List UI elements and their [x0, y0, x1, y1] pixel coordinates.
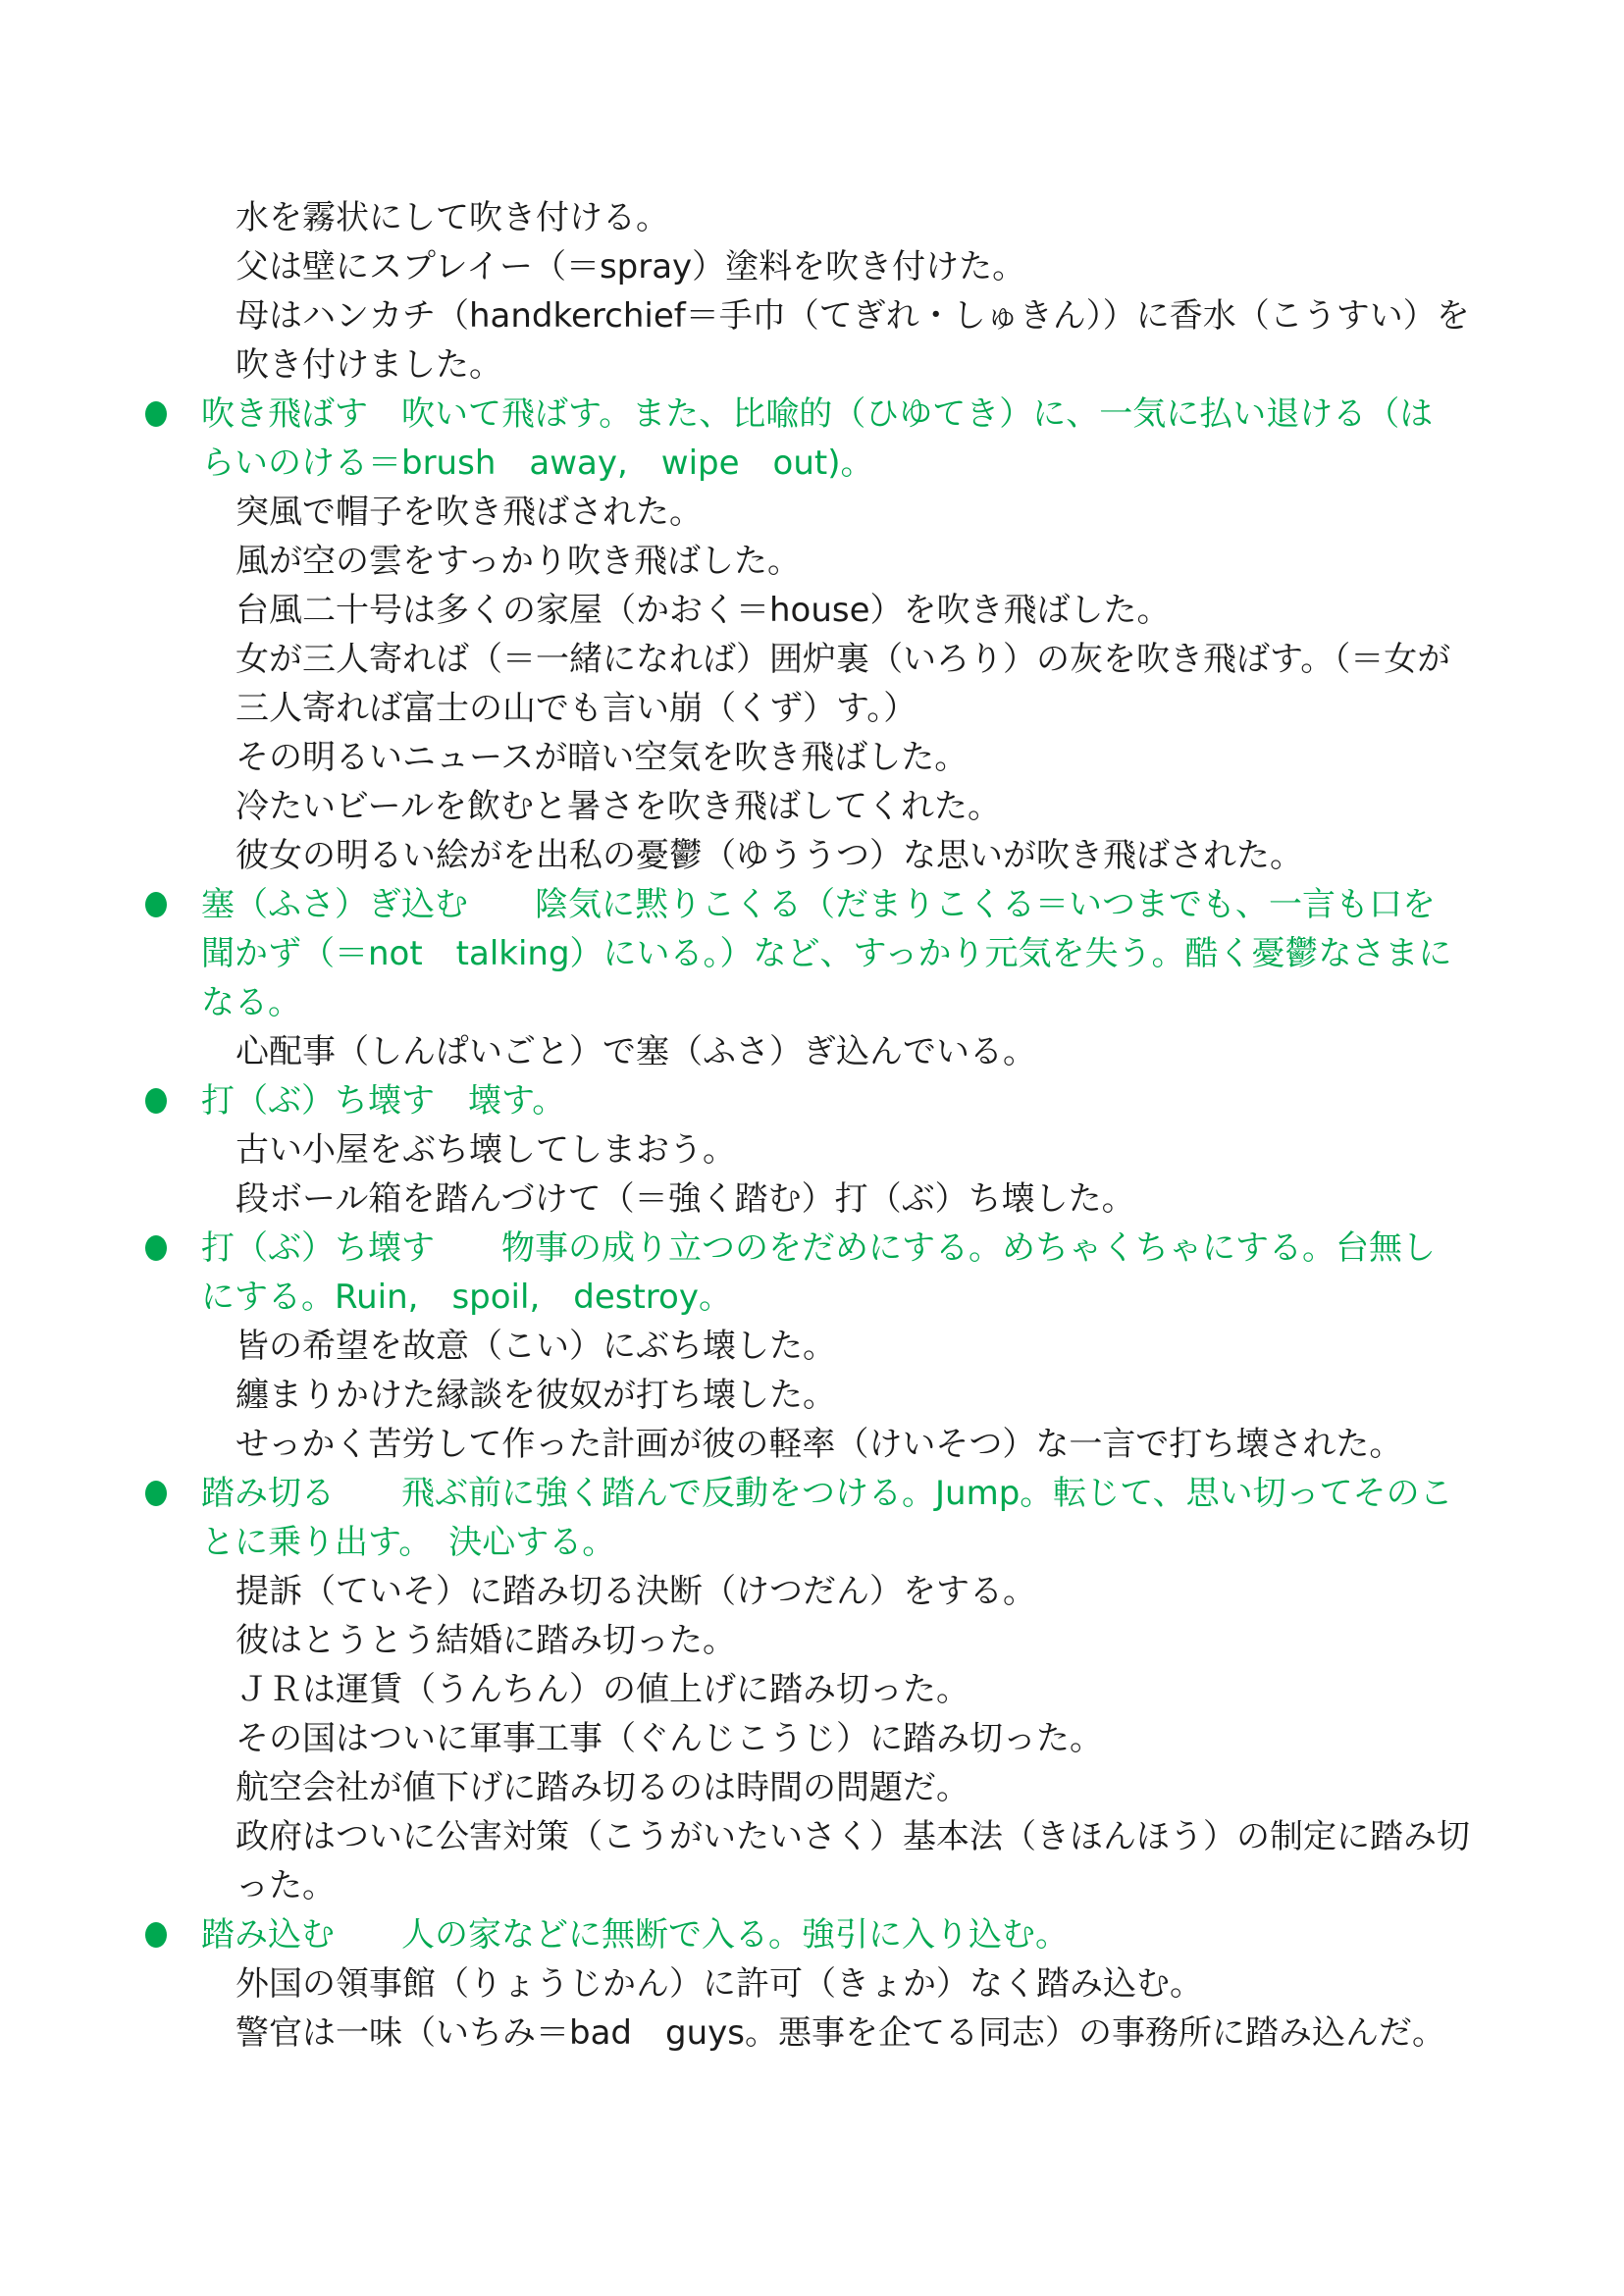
entry-term: 塞（ふさ）ぎ込む	[201, 885, 468, 924]
example-sentence: その国はついに軍事工事（ぐんじこうじ）に踏み切った。	[236, 1714, 1482, 1763]
entry-headword-line: 打（ぶ）ち壊す 壊す。	[201, 1076, 1457, 1125]
bullet-icon	[145, 892, 167, 917]
bullet-icon	[145, 1088, 167, 1114]
example-sentence: 古い小屋をぶち壊してしまおう。	[236, 1125, 1482, 1174]
example-sentence: 政府はついに公害対策（こうがいたいさく）基本法（きほんほう）の制定に踏み切った。	[236, 1812, 1482, 1910]
example-sentence: 台風二十号は多くの家屋（かおく＝house）を吹き飛ばした。	[236, 586, 1482, 635]
example-sentence: 警官は一味（いちみ＝bad guys。悪事を企てる同志）の事務所に踏み込んだ。	[236, 2009, 1482, 2058]
example-sentence: ＪＲは運賃（うんちん）の値上げに踏み切った。	[236, 1665, 1482, 1714]
example-sentence: 纏まりかけた縁談を彼奴が打ち壊した。	[236, 1371, 1482, 1420]
example-sentence: 冷たいビールを飲むと暑さを吹き飛ばしてくれた。	[236, 782, 1482, 831]
entry-term: 打（ぶ）ち壊す	[201, 1228, 435, 1268]
document-body: 水を霧状にして吹き付ける。 父は壁にスプレイー（＝spray）塗料を吹き付けた。…	[0, 0, 1624, 2058]
example-sentence: 皆の希望を故意（こい）にぶち壊した。	[236, 1322, 1482, 1371]
example-sentence: 提訴（ていそ）に踏み切る決断（けつだん）をする。	[236, 1567, 1482, 1616]
example-sentence: 水を霧状にして吹き付ける。	[236, 193, 1482, 242]
example-sentence: 女が三人寄れば（＝一緒になれば）囲炉裏（いろり）の灰を吹き飛ばす。（＝女が三人寄…	[236, 635, 1482, 733]
entry-headword-line: 塞（ふさ）ぎ込む 陰気に黙りこくる（だまりこくる＝いつまでも、一言も口を聞かず（…	[201, 880, 1457, 1027]
example-sentence: 風が空の雲をすっかり吹き飛ばした。	[236, 537, 1482, 586]
entry-definition: 人の家などに無断で入る。強引に入り込む。	[335, 1915, 1069, 1955]
entry-headword-line: 踏み込む 人の家などに無断で入る。強引に入り込む。	[201, 1910, 1457, 1959]
example-sentence: せっかく苦労して作った計画が彼の軽率（けいそつ）な一言で打ち壊された。	[236, 1420, 1482, 1469]
document-page: 水を霧状にして吹き付ける。 父は壁にスプレイー（＝spray）塗料を吹き付けた。…	[0, 0, 1624, 2296]
example-sentence: その明るいニュースが暗い空気を吹き飛ばした。	[236, 733, 1482, 782]
example-sentence: 心配事（しんぱいごと）で塞（ふさ）ぎ込んでいる。	[236, 1027, 1482, 1076]
example-sentence: 段ボール箱を踏んづけて（＝強く踏む）打（ぶ）ち壊した。	[236, 1174, 1482, 1224]
bullet-icon	[145, 401, 167, 427]
entry-definition: 壊す。	[435, 1081, 565, 1121]
bullet-icon	[145, 1235, 167, 1261]
entry-term: 吹き飛ばす	[201, 394, 368, 434]
bullet-icon	[145, 1922, 167, 1948]
example-sentence: 外国の領事館（りょうじかん）に許可（きょか）なく踏み込む。	[236, 1959, 1482, 2009]
entry-term: 踏み込む	[201, 1915, 335, 1955]
entry-term: 打（ぶ）ち壊す	[201, 1081, 435, 1121]
entry-term: 踏み切る	[201, 1474, 335, 1513]
bullet-icon	[145, 1481, 167, 1506]
example-sentence: 突風で帽子を吹き飛ばされた。	[236, 488, 1482, 537]
example-sentence: 父は壁にスプレイー（＝spray）塗料を吹き付けた。	[236, 242, 1482, 291]
example-sentence: 航空会社が値下げに踏み切るのは時間の問題だ。	[236, 1763, 1482, 1812]
entry-headword-line: 踏み切る 飛ぶ前に強く踏んで反動をつける。Jump。転じて、思い切ってそのことに…	[201, 1469, 1457, 1567]
entry-headword-line: 吹き飛ばす 吹いて飛ばす。また、比喩的（ひゆてき）に、一気に払い退ける（はらいの…	[201, 390, 1457, 488]
example-sentence: 母はハンカチ（handkerchief＝手巾（てぎれ・しゅきん））に香水（こうす…	[236, 291, 1482, 390]
entry-definition: 吹いて飛ばす。また、比喩的（ひゆてき）に、一気に払い退ける（はらいのける＝bru…	[201, 394, 1433, 483]
example-sentence: 彼女の明るい絵がを出私の憂鬱（ゆううつ）な思いが吹き飛ばされた。	[236, 831, 1482, 880]
example-sentence: 彼はとうとう結婚に踏み切った。	[236, 1616, 1482, 1665]
entry-definition: 飛ぶ前に強く踏んで反動をつける。Jump。転じて、思い切ってそのことに乗り出す。…	[201, 1474, 1453, 1562]
entry-headword-line: 打（ぶ）ち壊す 物事の成り立つのをだめにする。めちゃくちゃにする。台無しにする。…	[201, 1224, 1457, 1322]
